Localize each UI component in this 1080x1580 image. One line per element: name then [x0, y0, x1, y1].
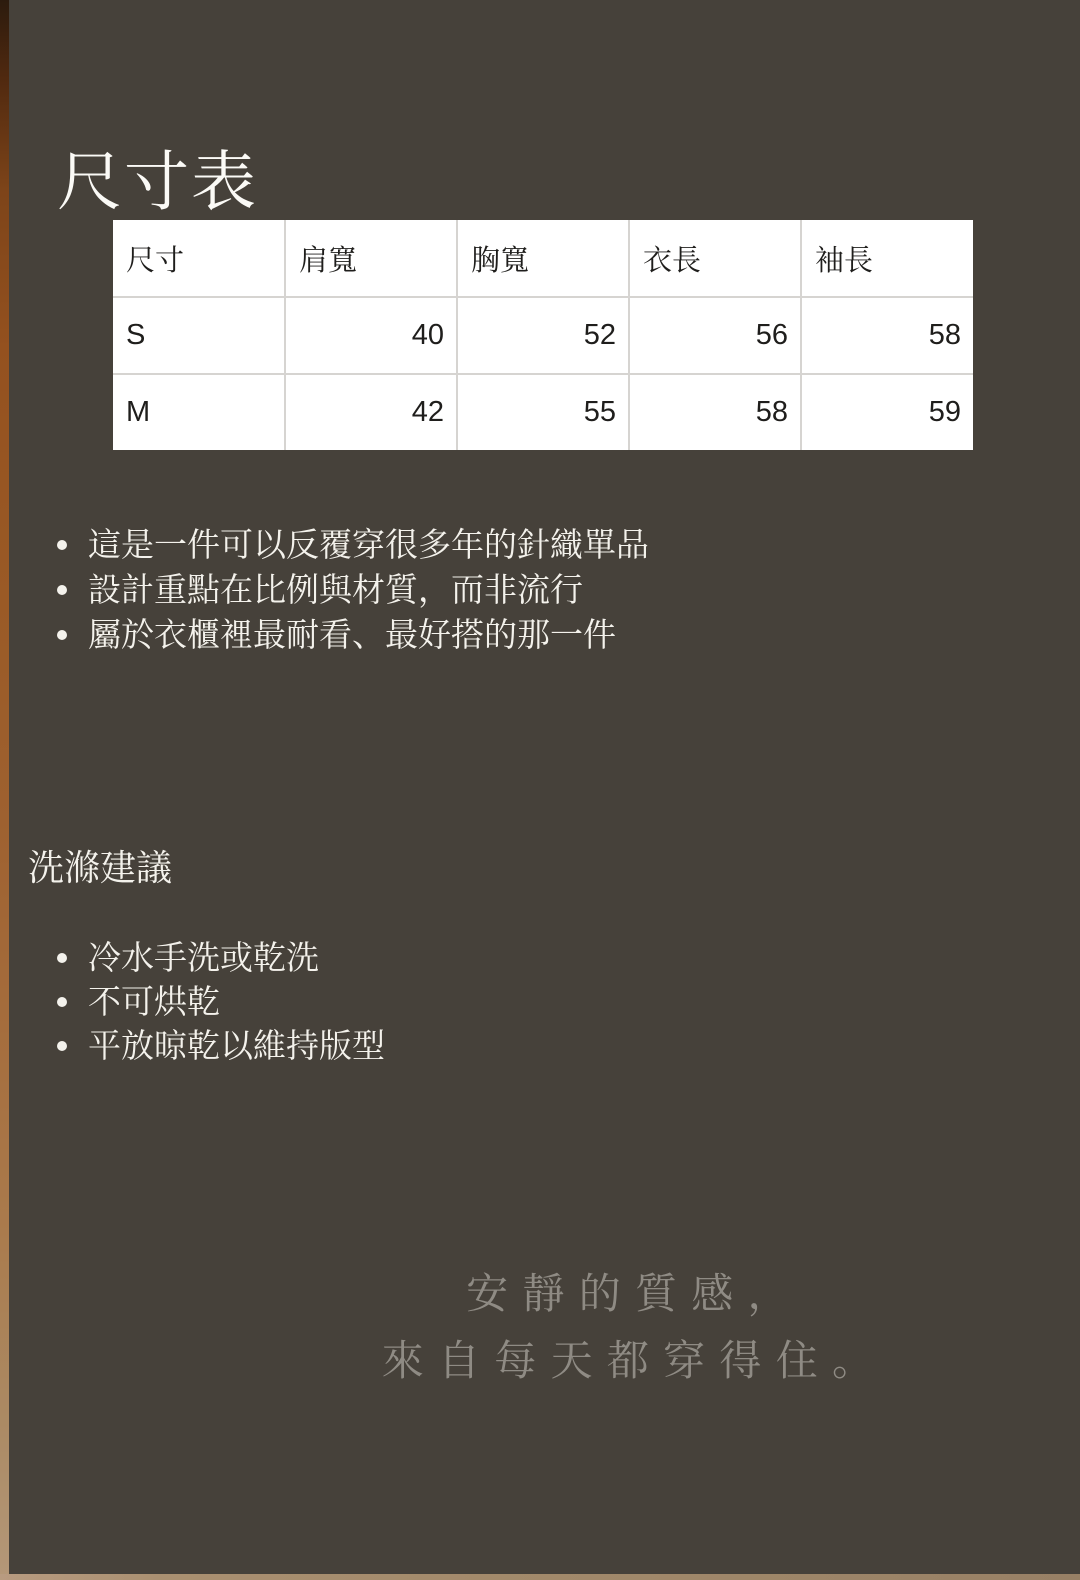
feature-text: 屬於衣櫃裡最耐看、最好搭的那一件 [88, 616, 616, 653]
chest-width-value: 55 [457, 374, 629, 450]
size-table-header-row: 尺寸 肩寬 胸寬 衣長 袖長 [113, 220, 973, 297]
brand-tagline: 安靜的質感， 來自每天都穿得住。 [190, 1260, 1080, 1394]
care-text: 不可烘乾 [88, 983, 220, 1020]
bullet-icon [57, 953, 67, 963]
column-header-garment-length: 衣長 [629, 220, 801, 297]
feature-text: 這是一件可以反覆穿很多年的針織單品 [88, 526, 649, 563]
care-text: 冷水手洗或乾洗 [88, 939, 319, 976]
tagline-line-2: 來自每天都穿得住。 [190, 1327, 1080, 1394]
page-title: 尺寸表 [57, 146, 258, 218]
care-instruction-list: 冷水手洗或乾洗 不可烘乾 平放晾乾以維持版型 [57, 936, 385, 1068]
care-text: 平放晾乾以維持版型 [88, 1027, 385, 1064]
column-header-chest-width: 胸寬 [457, 220, 629, 297]
product-feature-list: 這是一件可以反覆穿很多年的針織單品 設計重點在比例與材質，而非流行 屬於衣櫃裡最… [57, 522, 649, 657]
size-table-row-s: S 40 52 56 58 [113, 297, 973, 374]
bullet-icon [57, 1041, 67, 1051]
sleeve-length-value: 59 [801, 374, 973, 450]
size-table: 尺寸 肩寬 胸寬 衣長 袖長 S 40 52 56 58 M 42 55 58 … [113, 220, 973, 450]
size-table-row-m: M 42 55 58 59 [113, 374, 973, 450]
tagline-line-1: 安靜的質感， [190, 1260, 1080, 1327]
sleeve-length-value: 58 [801, 297, 973, 374]
column-header-shoulder-width: 肩寬 [285, 220, 457, 297]
bullet-icon [57, 540, 67, 550]
size-info-panel: 尺寸表 尺寸 肩寬 胸寬 衣長 袖長 S 40 52 56 58 M 42 55 [0, 0, 1080, 1580]
bullet-icon [57, 585, 67, 595]
shoulder-width-value: 40 [285, 297, 457, 374]
feature-text: 設計重點在比例與材質，而非流行 [88, 571, 583, 608]
shoulder-width-value: 42 [285, 374, 457, 450]
care-section-heading: 洗滌建議 [28, 840, 172, 891]
garment-length-value: 58 [629, 374, 801, 450]
chest-width-value: 52 [457, 297, 629, 374]
bullet-icon [57, 997, 67, 1007]
feature-item: 屬於衣櫃裡最耐看、最好搭的那一件 [57, 612, 649, 657]
garment-length-value: 56 [629, 297, 801, 374]
bullet-icon [57, 630, 67, 640]
feature-item: 設計重點在比例與材質，而非流行 [57, 567, 649, 612]
column-header-size: 尺寸 [113, 220, 285, 297]
size-label: M [113, 374, 285, 450]
care-item: 平放晾乾以維持版型 [57, 1024, 385, 1068]
size-label: S [113, 297, 285, 374]
column-header-sleeve-length: 袖長 [801, 220, 973, 297]
care-item: 不可烘乾 [57, 980, 385, 1024]
care-item: 冷水手洗或乾洗 [57, 936, 385, 980]
feature-item: 這是一件可以反覆穿很多年的針織單品 [57, 522, 649, 567]
